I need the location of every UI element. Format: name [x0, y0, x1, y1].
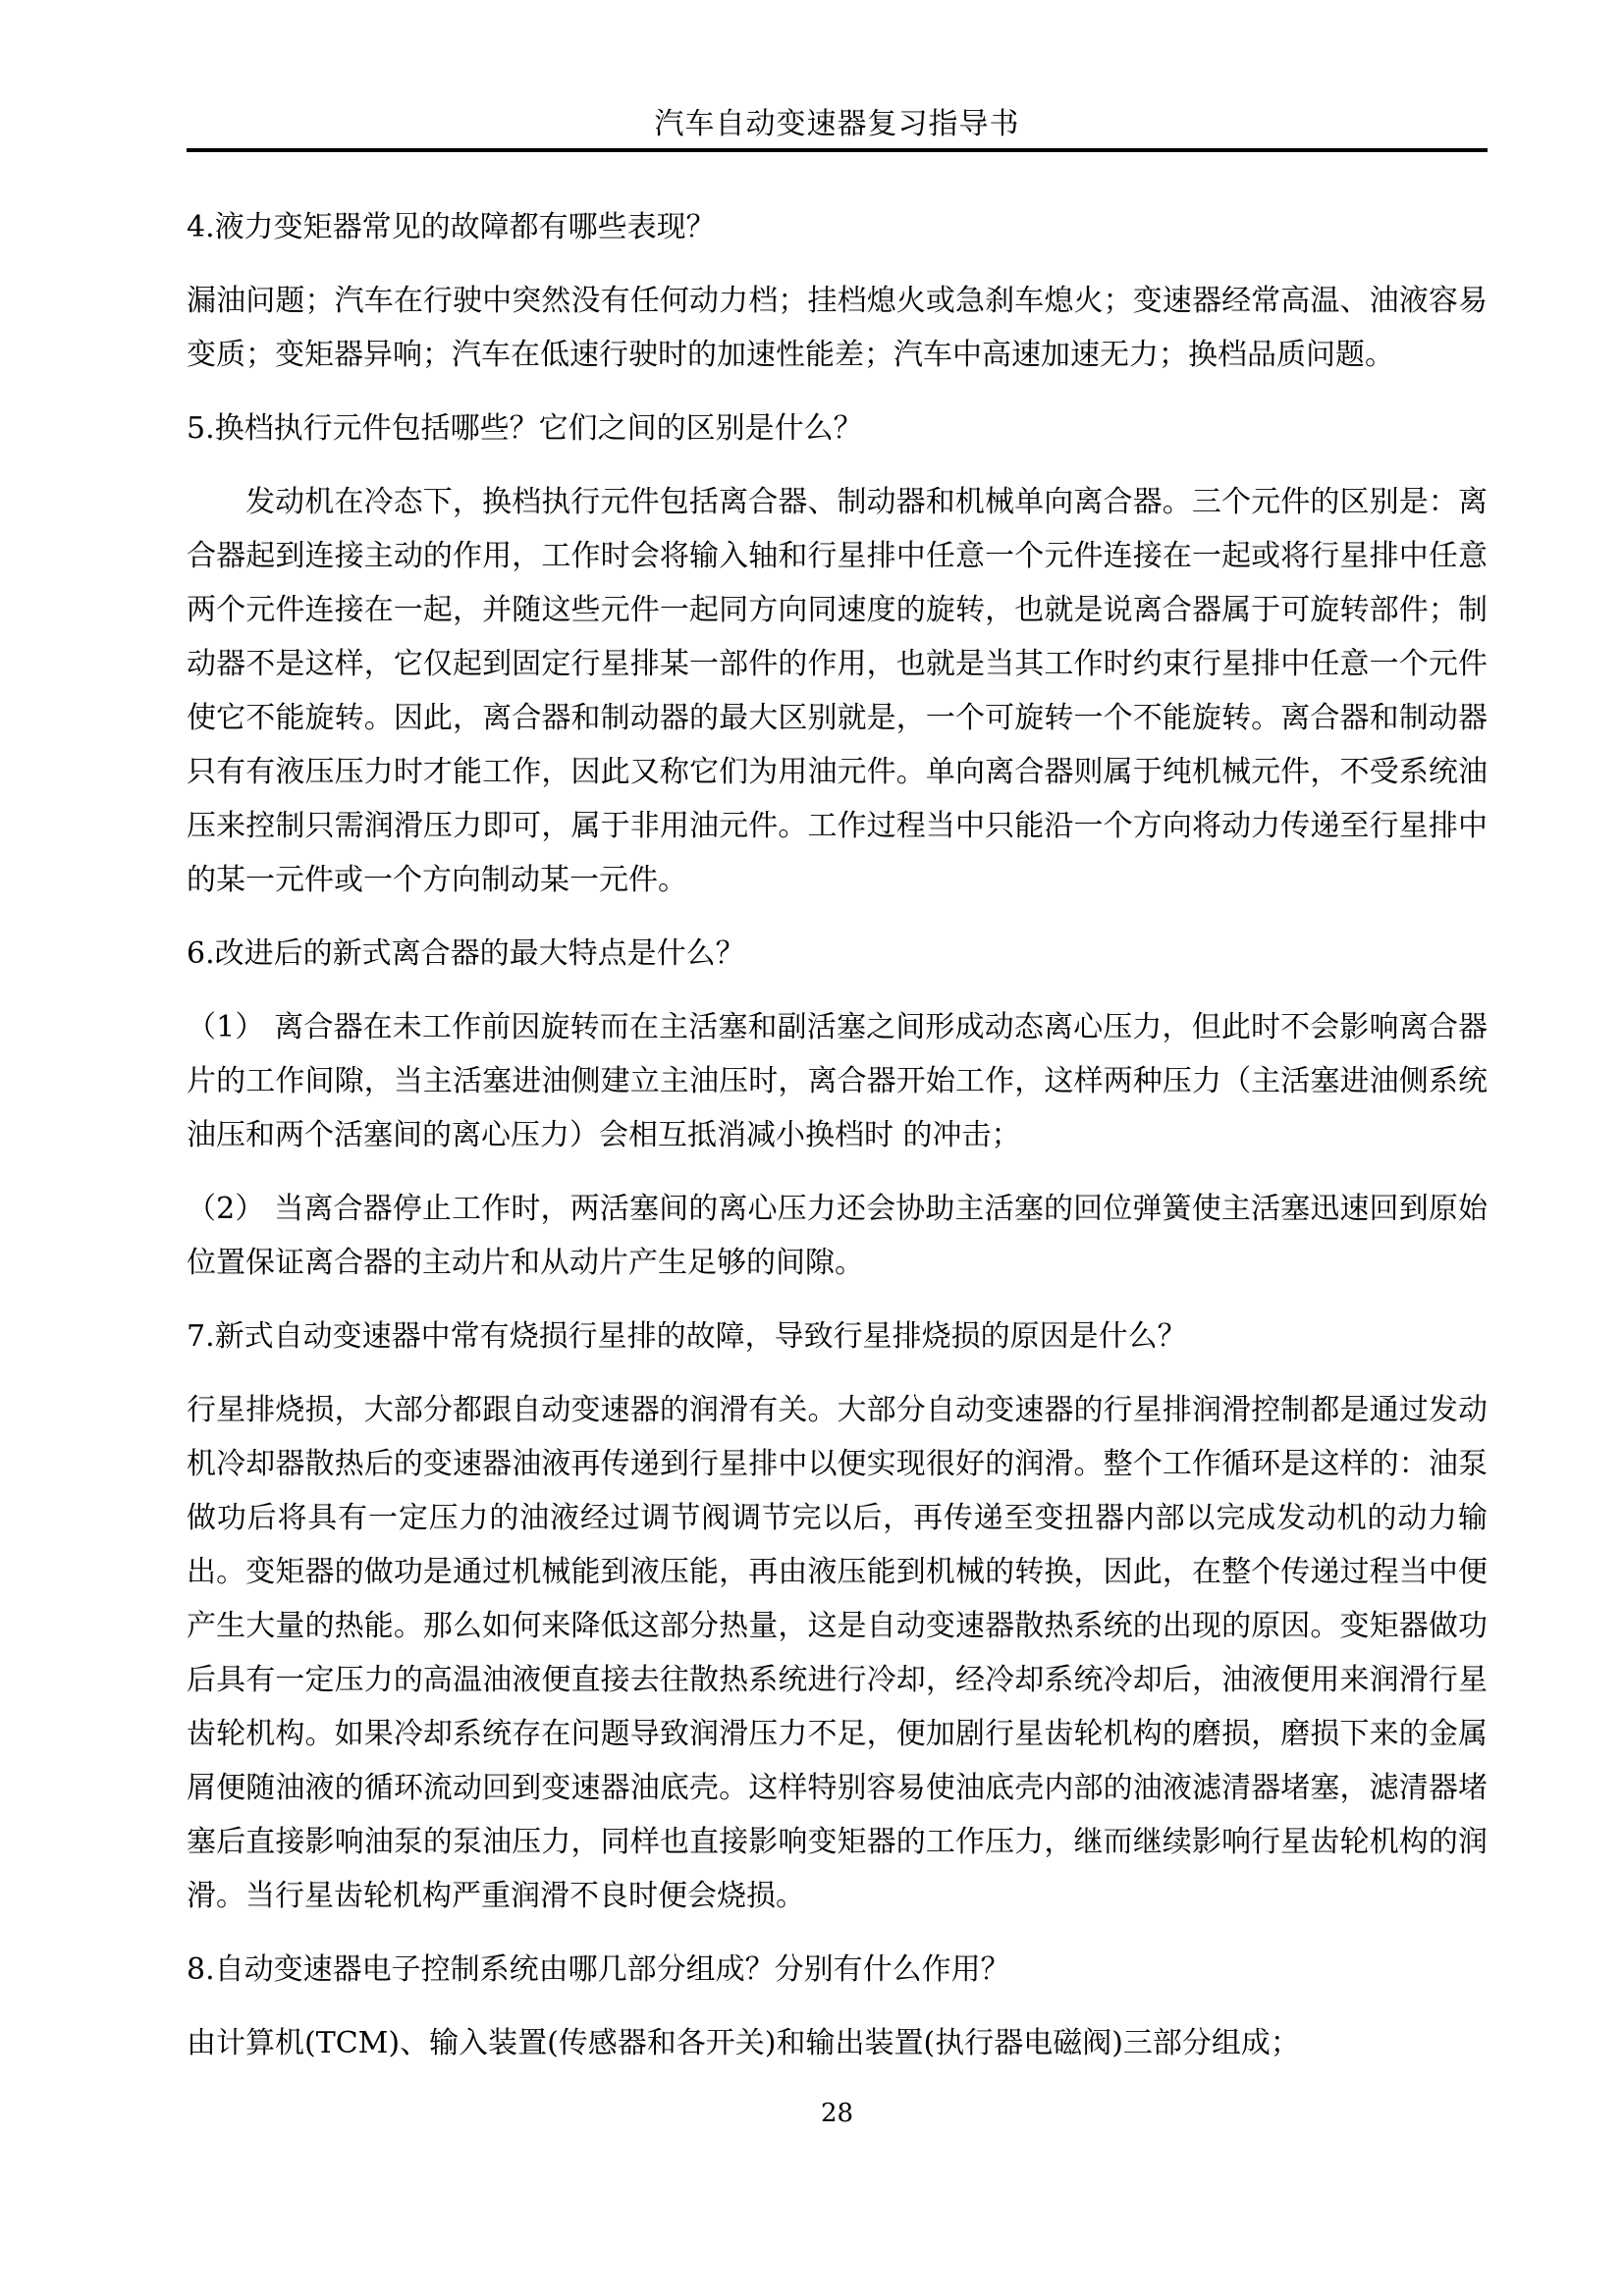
- page-footer: 28: [187, 2099, 1488, 2128]
- footer-page-number: 28: [821, 2099, 853, 2128]
- question-paragraph: 8.自动变速器电子控制系统由哪几部分组成？分别有什么作用？: [187, 1943, 1488, 1997]
- answer-paragraph: 由计算机(TCM)、输入装置(传感器和各开关)和输出装置(执行器电磁阀)三部分组…: [187, 2016, 1488, 2070]
- document-page: 汽车自动变速器复习指导书 4.液力变矩器常见的故障都有哪些表现？漏油问题；汽车在…: [0, 0, 1624, 2296]
- answer-paragraph: 行星排烧损，大部分都跟自动变速器的润滑有关。大部分自动变速器的行星排润滑控制都是…: [187, 1383, 1488, 1923]
- document-body: 4.液力变矩器常见的故障都有哪些表现？漏油问题；汽车在行驶中突然没有任何动力档；…: [187, 200, 1488, 2090]
- answer-paragraph: （1） 离合器在未工作前因旋转而在主活塞和副活塞之间形成动态离心压力，但此时不会…: [187, 1000, 1488, 1162]
- answer-paragraph: （2） 当离合器停止工作时，两活塞间的离心压力还会协助主活塞的回位弹簧使主活塞迅…: [187, 1182, 1488, 1290]
- question-paragraph: 7.新式自动变速器中常有烧损行星排的故障，导致行星排烧损的原因是什么？: [187, 1309, 1488, 1363]
- page-header: 汽车自动变速器复习指导书: [187, 108, 1488, 152]
- answer-paragraph: 漏油问题；汽车在行驶中突然没有任何动力档；挂档熄火或急刹车熄火；变速器经常高温、…: [187, 274, 1488, 382]
- question-paragraph: 5.换档执行元件包括哪些？它们之间的区别是什么？: [187, 401, 1488, 455]
- question-paragraph: 4.液力变矩器常见的故障都有哪些表现？: [187, 200, 1488, 254]
- header-title: 汽车自动变速器复习指导书: [655, 107, 1020, 141]
- question-paragraph: 6.改进后的新式离合器的最大特点是什么？: [187, 927, 1488, 981]
- answer-paragraph: 发动机在冷态下，换档执行元件包括离合器、制动器和机械单向离合器。三个元件的区别是…: [187, 475, 1488, 907]
